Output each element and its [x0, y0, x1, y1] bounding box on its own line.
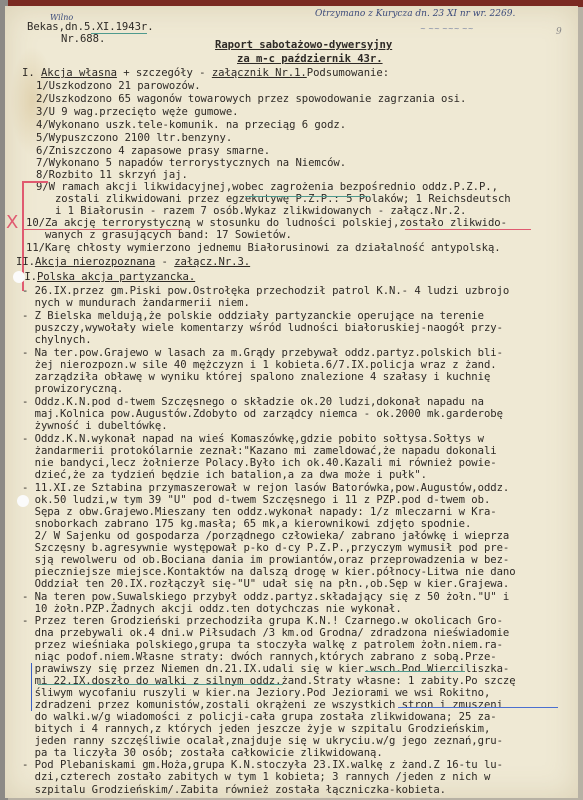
subsection-1-heading: I.Polska akcja partyzancka.	[18, 271, 195, 283]
body-line: Sępa z obw.Grajewo.Mieszany ten oddz.wyk…	[22, 506, 497, 518]
report-subtitle: za m-c październik 43r.	[237, 53, 383, 65]
body-line: Szczęsny b.agresywnie występował p-ko d-…	[22, 542, 509, 554]
list-item: 2/Uszkodzono 65 wagonów towarowych przez…	[36, 93, 466, 105]
green-underline-rokitno	[365, 671, 465, 672]
body-line: chylnych.	[22, 334, 92, 346]
body-line: dzieć,że za tydzień będzie ich batalion,…	[22, 469, 427, 481]
place-date: Bekas,dn.5.XI.1943r.	[27, 21, 154, 33]
body-line: zdradzeni przez komunistów,zostali okrąż…	[22, 699, 503, 711]
list-item: 4/Wykonano uszk.tele-komunik. na przecią…	[36, 119, 346, 131]
red-x-mark: X	[6, 212, 18, 233]
body-line: - Oddz.K.N.wykonał napad na wieś Komaszó…	[22, 433, 484, 445]
body-line: do walki.w/g wiadomości z policji-cała g…	[22, 711, 497, 723]
list-item: 8/Rozbito 11 skrzyń jaj.	[36, 169, 188, 181]
body-line: - Pod Plebaniskami gm.Hoża,grupa K.N.sto…	[22, 759, 503, 771]
body-line: żywność i dubeltówkę.	[22, 420, 168, 432]
body-line: 2/ W Sajenku od gospodarza /porządnego c…	[22, 530, 509, 542]
green-underline-executive	[245, 196, 370, 197]
list-item: 3/U 9 wag.przecięto węże gumowe.	[36, 106, 239, 118]
body-line: - 26.IX.przez gm.Piski pow.Ostrołęka prz…	[22, 285, 509, 297]
body-line: - 11.XI.ze Sztabina przymaszerował w rej…	[22, 482, 509, 494]
blue-underline-casualties	[398, 707, 558, 708]
section-2-heading: II.Akcja nierozpoznana - załącz.Nr.3.	[16, 256, 250, 268]
body-line: żej nierozpozn.w sile 40 mężczyzn i 1 ko…	[22, 359, 497, 371]
body-line: 10 żołn.PZP.Żadnych akcji oddz.ten dotyc…	[22, 603, 402, 615]
body-line: sją rewolweru od ob.Bociana dania im pro…	[22, 554, 509, 566]
red-underline-mark	[22, 229, 182, 230]
list-item: 6/Zniszczono 4 zapasowe prasy smarne.	[36, 145, 270, 157]
body-line: snoborkach zabrano 175 kg.masła; 65 mk,a…	[22, 518, 471, 530]
body-line: przez wieśniaka polskiego,grupa ta stocz…	[22, 639, 503, 651]
section-1-heading: I. Akcja własna + szczegóły - załącznik …	[22, 67, 389, 79]
blue-margin-mark	[31, 663, 32, 711]
punch-hole	[17, 495, 29, 507]
body-line: nie bandyci,lecz żołnierze Polacy.Było i…	[22, 457, 497, 469]
list-item: 7/Wykonano 5 napadów terrorystycznych na…	[36, 157, 346, 169]
page-number: 9	[556, 27, 562, 37]
body-line: Oddział ten 20.IX.rozłączył się-"U" udał…	[22, 578, 509, 590]
body-line: żandarmerii protokólarnie zeznał:"Kazano…	[22, 445, 497, 457]
body-line: śliwym wycofaniu ruszyli w kier.na Jezio…	[22, 687, 490, 699]
body-line: - Przez teren Grodzieński przechodziła g…	[22, 615, 503, 627]
body-line: szpitalu Grodzieńskim/.Zabita również zo…	[22, 784, 446, 796]
list-item: i 1 Białorusin - razem 7 osób.Wykaz zlik…	[36, 205, 466, 217]
body-line: - Z Bielska meldują,że polskie oddziały …	[22, 310, 484, 322]
body-line: maj.Kolnica pow.Augustów.Zdobyto od zarz…	[22, 408, 503, 420]
handwritten-faint-note: ~ ~~ ~~~ ~~	[420, 25, 474, 33]
body-line: - Na teren pow.Suwalskiego przybył oddz.…	[22, 591, 509, 603]
list-item: 5/Wypuszczono 2100 ltr.benzyny.	[36, 132, 232, 144]
list-item: 1/Uszkodzono 21 parowozów.	[36, 80, 201, 92]
body-line: jeden ranny szczęśliwie ocalał,znajduje …	[22, 735, 503, 747]
body-line: dna przebywali ok.4 dni.w Piłsudach /3 k…	[22, 627, 509, 639]
body-line: mi 22.IX.doszło do walki z silnym oddz.ż…	[22, 675, 516, 687]
body-line: ok.50 ludzi,w tym 39 "U" pod d-twem Szcz…	[22, 494, 490, 506]
body-line: prowizoryczną.	[22, 383, 123, 395]
body-line: bitych i 4 rannych,z których jeden jeszc…	[22, 723, 490, 735]
green-underline-communists	[38, 684, 283, 685]
list-item: 10/Za akcję terrorystyczną w stosunku do…	[26, 217, 507, 229]
body-line: - Oddz.K.N.pod d-twem Szczęsnego o skład…	[22, 396, 484, 408]
list-item: zostali zlikwidowani przez egzekutywę P.…	[36, 193, 511, 205]
body-line: pa ta liczyła 30 osób; została całkowici…	[22, 747, 383, 759]
body-line: niąc podof.niem.Własne straty: dwóch ran…	[22, 651, 497, 663]
list-item: 9/W ramach akcji likwidacyjnej,wobec zag…	[36, 181, 498, 193]
body-line: pieczniejsze miejsce.Kontaktów na dalszą…	[22, 566, 516, 578]
report-title: Raport sabotażowo-dywersyjny	[215, 39, 392, 51]
body-line: prawiwszy się przez Niemen dn.21.IX.udal…	[22, 663, 509, 675]
list-item: wanych z grasujących band: 17 Sowietów.	[26, 229, 292, 241]
body-line: zarządziła obławę w wyniku której spalon…	[22, 371, 490, 383]
body-line: dzi,czterech zostało zabitych w tym 1 ko…	[22, 771, 490, 783]
body-line: puszczy,wywołały wiele komentarzy wśród …	[22, 322, 503, 334]
document-number: Nr.688.	[61, 33, 105, 45]
red-underline-2	[405, 229, 531, 230]
handwritten-received-note: Otrzymano z Kurycza dn. 23 XI nr wr. 226…	[315, 9, 515, 19]
list-item: 11/Karę chłosty wymierzono jednemu Biało…	[26, 242, 501, 254]
body-line: nych w mundurach żandarmerii niem.	[22, 297, 250, 309]
body-line: - Na ter.pow.Grajewo w lasach za m.Grądy…	[22, 347, 503, 359]
